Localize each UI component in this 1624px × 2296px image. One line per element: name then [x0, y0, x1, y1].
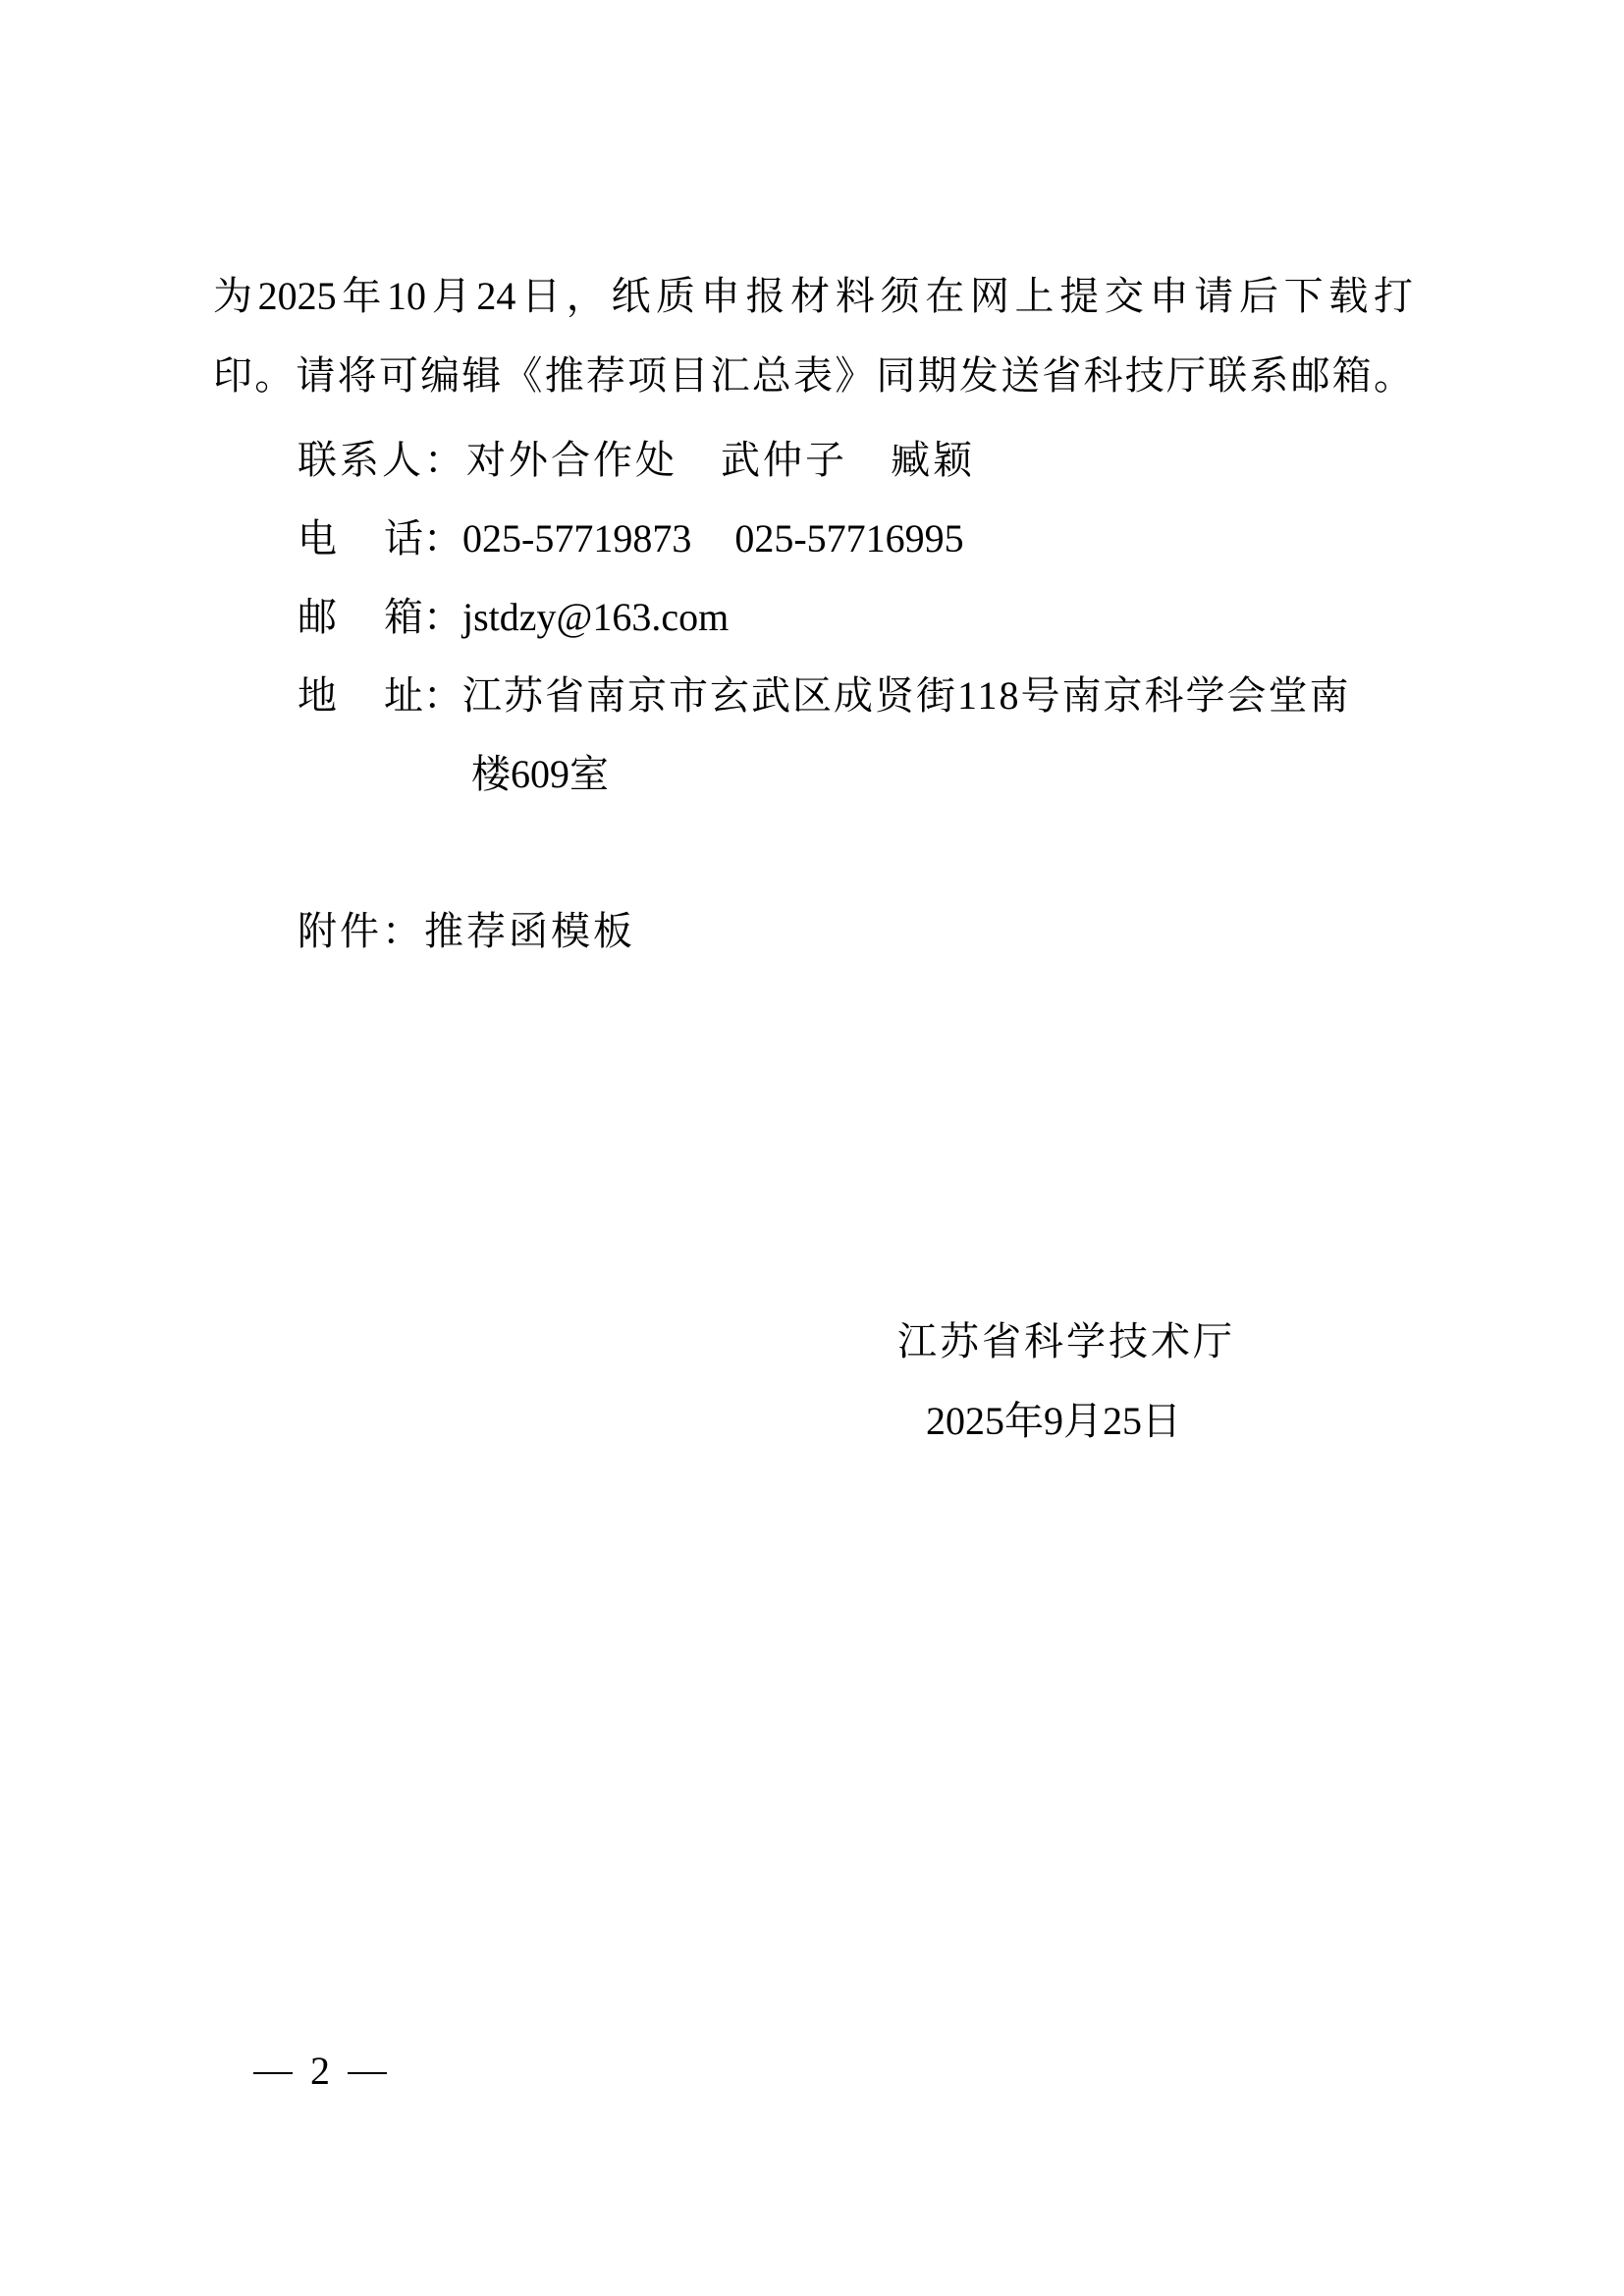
email-label-char-2: 箱	[384, 594, 423, 641]
address-row: 地址：江苏省南京市玄武区成贤街118号南京科学会堂南	[298, 672, 1351, 720]
document-page: 为2025年10月24日，纸质申报材料须在网上提交申请后下载打 印。请将可编辑《…	[0, 0, 1624, 2296]
email-colon: ：	[423, 594, 462, 641]
signature-date: 2025年9月25日	[926, 1398, 1181, 1445]
phone-number-2[interactable]: 025-57716995	[734, 516, 963, 561]
phone-colon: ：	[423, 515, 462, 562]
dash-right-icon	[348, 2072, 387, 2074]
address-continuation-row: 楼609室	[471, 751, 609, 798]
address-line-2: 楼609室	[471, 752, 609, 796]
attachment-label: 附件：	[298, 909, 424, 953]
contact-person-label: 联系人：	[298, 437, 466, 484]
phone-label-char-1: 电	[298, 515, 343, 562]
attachment-row: 附件：推荐函模板	[298, 908, 635, 955]
attachment-link[interactable]: 推荐函模板	[424, 909, 635, 953]
email-row: 邮箱：jstdzy@163.com	[298, 594, 729, 641]
contact-name-1: 武仲子	[721, 438, 847, 482]
contact-person-row: 联系人：对外合作处武仲子臧颖	[298, 437, 975, 484]
contact-department: 对外合作处	[466, 438, 677, 482]
email-label-char-1: 邮	[298, 594, 343, 641]
address-colon: ：	[423, 672, 462, 720]
signature-organization: 江苏省科学技术厅	[897, 1318, 1235, 1365]
address-label-char-1: 地	[298, 672, 343, 720]
page-number-footer: 2	[253, 2048, 387, 2095]
phone-row: 电话：025-57719873025-57716995	[298, 515, 964, 562]
phone-number-1[interactable]: 025-57719873	[462, 516, 691, 561]
contact-name-2: 臧颖	[891, 438, 975, 482]
address-line-1: 江苏省南京市玄武区成贤街118号南京科学会堂南	[462, 673, 1351, 718]
page-number: 2	[310, 2048, 330, 2095]
phone-label-char-2: 话	[384, 515, 423, 562]
paragraph-line-2: 印。请将可编辑《推荐项目汇总表》同期发送省科技厅联系邮箱。	[213, 352, 1413, 400]
email-link[interactable]: jstdzy@163.com	[462, 595, 729, 639]
address-label-char-2: 址	[384, 672, 423, 720]
paragraph-line-1: 为2025年10月24日，纸质申报材料须在网上提交申请后下载打	[213, 273, 1413, 320]
dash-left-icon	[253, 2072, 293, 2074]
